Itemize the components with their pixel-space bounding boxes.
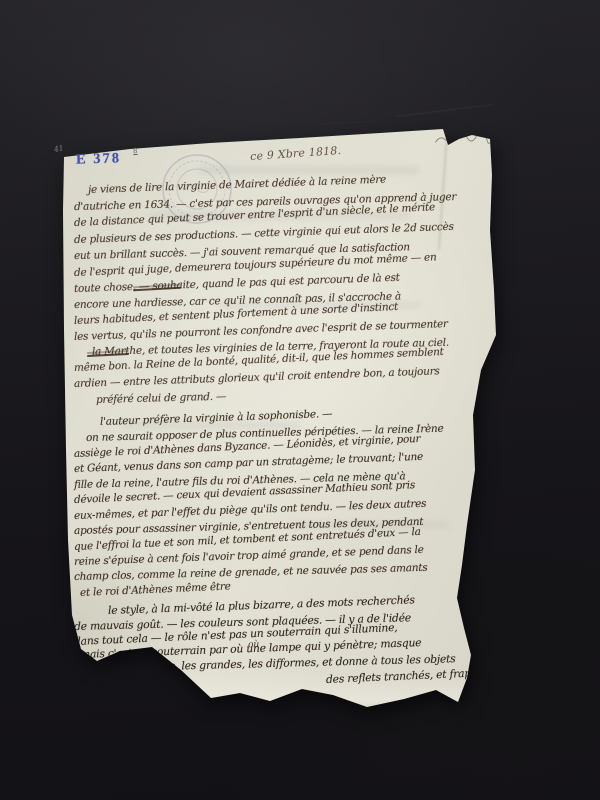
interline-insertion: où — [248, 640, 260, 650]
manuscript-line: je viens de lire la virginie de Mairet d… — [88, 174, 386, 196]
manuscript-paper: ce 9 Xbre 1818. je viens de lire la virg… — [0, 0, 600, 800]
manuscript-line: préféré celui de grand. — — [96, 391, 227, 406]
dateline: ce 9 Xbre 1818. — [250, 144, 342, 163]
paper-shadow: ce 9 Xbre 1818. je viens de lire la virg… — [0, 0, 600, 800]
photo-background: ce 9 Xbre 1818. je viens de lire la virg… — [0, 0, 600, 800]
pencil-mark: 41 — [53, 143, 64, 154]
manuscript-line: et le roi d'Athènes même être — [80, 580, 231, 599]
archive-stamp: E 378 — [76, 150, 121, 168]
illegible-annotation-scribble — [432, 125, 495, 148]
stamp-superscript: 8 — [133, 147, 138, 155]
